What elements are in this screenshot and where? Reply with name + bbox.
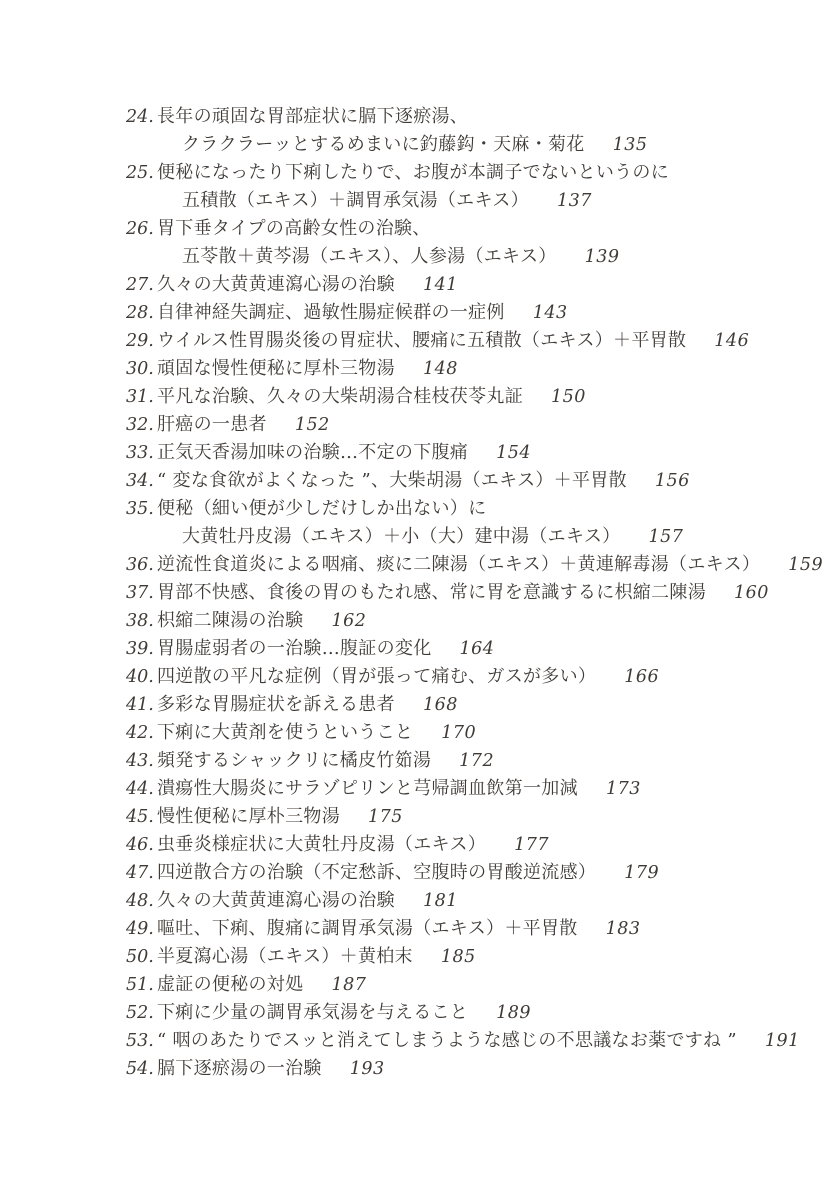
- entry-title: 頑固な慢性便秘に厚朴三物湯: [157, 355, 395, 383]
- entry-number: 43.: [126, 747, 156, 775]
- entry-number: 51.: [126, 971, 156, 999]
- toc-entry-line: 45. 慢性便秘に厚朴三物湯 175: [0, 803, 830, 831]
- entry-page-number: 172: [459, 747, 494, 775]
- toc-entry-line: クラクラーッとするめまいに釣藤鈎・天麻・菊花 135: [0, 131, 830, 159]
- toc-entry-line: 五積散（エキス）＋調胃承気湯（エキス） 137: [0, 187, 830, 215]
- toc-entry-line: 40. 四逆散の平凡な症例（胃が張って痛む、ガスが多い） 166: [0, 663, 830, 691]
- entry-number: 44.: [126, 775, 156, 803]
- toc-entry-line: 33. 正気天香湯加味の治験…不定の下腹痛 154: [0, 439, 830, 467]
- toc-entry-line: 五苓散＋黄芩湯（エキス）、人参湯（エキス） 139: [0, 243, 830, 271]
- toc-entry-line: 52. 下痢に少量の調胃承気湯を与えること 189: [0, 999, 830, 1027]
- entry-number: 31.: [126, 383, 156, 411]
- entry-title: “ 変な食欲がよくなった ”、大柴胡湯（エキス）＋平胃散: [157, 467, 627, 495]
- entry-page-number: 159: [788, 551, 823, 579]
- toc-entry-line: 25. 便秘になったり下痢したりで、お腹が本調子でないというのに: [0, 159, 830, 187]
- entry-title: 自律神経失調症、過敏性腸症候群の一症例: [157, 299, 505, 327]
- entry-number: 48.: [126, 887, 156, 915]
- entry-page-number: 139: [585, 243, 620, 271]
- entry-number: 42.: [126, 719, 156, 747]
- toc-entry-line: 38. 枳縮二陳湯の治験 162: [0, 607, 830, 635]
- entry-page-number: 177: [514, 831, 549, 859]
- toc-entry-line: 29. ウイルス性胃腸炎後の胃症状、腰痛に五積散（エキス）＋平胃散 146: [0, 327, 830, 355]
- entry-page-number: 168: [423, 691, 458, 719]
- entry-number: 32.: [126, 411, 156, 439]
- entry-page-number: 137: [557, 187, 592, 215]
- toc-page: 24. 長年の頑固な胃部症状に膈下逐瘀湯、 クラクラーッとするめまいに釣藤鈎・天…: [0, 0, 830, 1178]
- entry-number: 34.: [126, 467, 156, 495]
- entry-number: 30.: [126, 355, 156, 383]
- entry-number: 47.: [126, 859, 156, 887]
- entry-title: 五積散（エキス）＋調胃承気湯（エキス）: [182, 187, 529, 215]
- entry-page-number: 143: [533, 299, 568, 327]
- entry-title: 枳縮二陳湯の治験: [157, 607, 303, 635]
- entry-number: 29.: [126, 327, 156, 355]
- entry-title: 五苓散＋黄芩湯（エキス）、人参湯（エキス）: [182, 243, 557, 271]
- toc-entry-line: 51. 虚証の便秘の対処 187: [0, 971, 830, 999]
- entry-page-number: 160: [734, 579, 769, 607]
- entry-page-number: 193: [350, 1055, 385, 1083]
- entry-page-number: 148: [423, 355, 458, 383]
- entry-page-number: 175: [368, 803, 403, 831]
- entry-page-number: 191: [765, 1027, 800, 1055]
- entry-title: 胃部不快感、食後の胃のもたれ感、常に胃を意識するに枳縮二陳湯: [157, 579, 706, 607]
- toc-entry-line: 34. “ 変な食欲がよくなった ”、大柴胡湯（エキス）＋平胃散 156: [0, 467, 830, 495]
- toc-entry-line: 26. 胃下垂タイプの高齢女性の治験、: [0, 215, 830, 243]
- toc-entry-line: 44. 潰瘍性大腸炎にサラゾピリンと芎帰調血飲第一加減 173: [0, 775, 830, 803]
- entry-page-number: 162: [331, 607, 366, 635]
- entry-page-number: 189: [496, 999, 531, 1027]
- entry-number: 41.: [126, 691, 156, 719]
- entry-page-number: 179: [624, 859, 659, 887]
- entry-number: 53.: [126, 1027, 156, 1055]
- entry-number: 38.: [126, 607, 156, 635]
- entry-number: 37.: [126, 579, 156, 607]
- toc-entry-line: 50. 半夏瀉心湯（エキス）＋黄柏末 185: [0, 943, 830, 971]
- entry-page-number: 135: [613, 131, 648, 159]
- entry-title: 肝癌の一患者: [157, 411, 267, 439]
- entry-number: 35.: [126, 495, 156, 523]
- entry-number: 27.: [126, 271, 156, 299]
- entry-title: 逆流性食道炎による咽痛、痰に二陳湯（エキス）＋黄連解毒湯（エキス）: [157, 551, 760, 579]
- entry-page-number: 183: [606, 915, 641, 943]
- toc-entry-line: 30. 頑固な慢性便秘に厚朴三物湯 148: [0, 355, 830, 383]
- entry-title: 胃下垂タイプの高齢女性の治験、: [157, 215, 431, 243]
- entry-number: 52.: [126, 999, 156, 1027]
- entry-page-number: 152: [295, 411, 330, 439]
- entry-number: 25.: [126, 159, 156, 187]
- toc-entry-line: 46. 虫垂炎様症状に大黄牡丹皮湯（エキス） 177: [0, 831, 830, 859]
- entry-title: 多彩な胃腸症状を訴える患者: [157, 691, 395, 719]
- toc-entry-line: 24. 長年の頑固な胃部症状に膈下逐瘀湯、: [0, 103, 830, 131]
- entry-number: 49.: [126, 915, 156, 943]
- entry-page-number: 181: [423, 887, 458, 915]
- entry-title: 虫垂炎様症状に大黄牡丹皮湯（エキス）: [157, 831, 486, 859]
- entry-page-number: 141: [423, 271, 458, 299]
- entry-title: 平凡な治験、久々の大柴胡湯合桂枝茯苓丸証: [157, 383, 523, 411]
- toc-entry-line: 43. 頻発するシャックリに橘皮竹筎湯 172: [0, 747, 830, 775]
- entry-page-number: 187: [331, 971, 366, 999]
- entry-page-number: 154: [496, 439, 531, 467]
- entry-page-number: 157: [649, 523, 684, 551]
- entry-page-number: 166: [624, 663, 659, 691]
- entry-title: 胃腸虚弱者の一治験…腹証の変化: [157, 635, 432, 663]
- entry-title: 久々の大黄黄連瀉心湯の治験: [157, 887, 395, 915]
- entry-page-number: 146: [714, 327, 749, 355]
- entry-number: 50.: [126, 943, 156, 971]
- entry-number: 39.: [126, 635, 156, 663]
- entry-page-number: 164: [460, 635, 495, 663]
- entry-page-number: 173: [606, 775, 641, 803]
- entry-number: 26.: [126, 215, 156, 243]
- entry-title: 四逆散の平凡な症例（胃が張って痛む、ガスが多い）: [157, 663, 596, 691]
- entry-number: 28.: [126, 299, 156, 327]
- entry-title: 大黄牡丹皮湯（エキス）＋小（大）建中湯（エキス）: [182, 523, 620, 551]
- entry-title: 便秘（細い便が少しだけしか出ない）に: [157, 495, 486, 523]
- entry-title: 嘔吐、下痢、腹痛に調胃承気湯（エキス）＋平胃散: [157, 915, 578, 943]
- toc-entry-line: 54. 膈下逐瘀湯の一治験 193: [0, 1055, 830, 1083]
- entry-title: 正気天香湯加味の治験…不定の下腹痛: [157, 439, 468, 467]
- entry-title: 便秘になったり下痢したりで、お腹が本調子でないというのに: [157, 159, 669, 187]
- entry-title: ウイルス性胃腸炎後の胃症状、腰痛に五積散（エキス）＋平胃散: [157, 327, 686, 355]
- entry-number: 24.: [126, 103, 156, 131]
- entry-title: 久々の大黄黄連瀉心湯の治験: [157, 271, 395, 299]
- entry-page-number: 150: [551, 383, 586, 411]
- toc-entry-line: 39. 胃腸虚弱者の一治験…腹証の変化 164: [0, 635, 830, 663]
- entry-title: “ 咽のあたりでスッと消えてしまうような感じの不思議なお薬ですね ”: [157, 1027, 737, 1055]
- toc-entry-line: 31. 平凡な治験、久々の大柴胡湯合桂枝茯苓丸証 150: [0, 383, 830, 411]
- toc-entry-line: 41. 多彩な胃腸症状を訴える患者 168: [0, 691, 830, 719]
- toc-entry-line: 37. 胃部不快感、食後の胃のもたれ感、常に胃を意識するに枳縮二陳湯 160: [0, 579, 830, 607]
- toc-entry-line: 49. 嘔吐、下痢、腹痛に調胃承気湯（エキス）＋平胃散 183: [0, 915, 830, 943]
- entry-number: 45.: [126, 803, 156, 831]
- toc-entry-line: 36. 逆流性食道炎による咽痛、痰に二陳湯（エキス）＋黄連解毒湯（エキス） 15…: [0, 551, 830, 579]
- entry-title: 虚証の便秘の対処: [157, 971, 303, 999]
- entry-title: 下痢に少量の調胃承気湯を与えること: [157, 999, 468, 1027]
- entry-number: 33.: [126, 439, 156, 467]
- entry-number: 36.: [126, 551, 156, 579]
- toc-entry-line: 42. 下痢に大黄剤を使うということ 170: [0, 719, 830, 747]
- entry-number: 40.: [126, 663, 156, 691]
- toc-entry-line: 28. 自律神経失調症、過敏性腸症候群の一症例 143: [0, 299, 830, 327]
- toc-entry-line: 48. 久々の大黄黄連瀉心湯の治験 181: [0, 887, 830, 915]
- entry-title: 四逆散合方の治験（不定愁訴、空腹時の胃酸逆流感）: [157, 859, 596, 887]
- entry-number: 46.: [126, 831, 156, 859]
- entry-page-number: 185: [441, 943, 476, 971]
- entry-title: 半夏瀉心湯（エキス）＋黄柏末: [157, 943, 413, 971]
- entry-title: 下痢に大黄剤を使うということ: [157, 719, 413, 747]
- entry-title: 潰瘍性大腸炎にサラゾピリンと芎帰調血飲第一加減: [157, 775, 578, 803]
- entry-title: クラクラーッとするめまいに釣藤鈎・天麻・菊花: [182, 131, 585, 159]
- toc-entry-line: 大黄牡丹皮湯（エキス）＋小（大）建中湯（エキス） 157: [0, 523, 830, 551]
- toc-entry-line: 35. 便秘（細い便が少しだけしか出ない）に: [0, 495, 830, 523]
- toc-entry-line: 53. “ 咽のあたりでスッと消えてしまうような感じの不思議なお薬ですね ” 1…: [0, 1027, 830, 1055]
- entry-title: 膈下逐瘀湯の一治験: [157, 1055, 322, 1083]
- toc-entry-line: 47. 四逆散合方の治験（不定愁訴、空腹時の胃酸逆流感） 179: [0, 859, 830, 887]
- entry-number: 54.: [126, 1055, 156, 1083]
- entry-title: 長年の頑固な胃部症状に膈下逐瘀湯、: [157, 103, 468, 131]
- entry-page-number: 170: [441, 719, 476, 747]
- entry-title: 頻発するシャックリに橘皮竹筎湯: [157, 747, 431, 775]
- toc-entry-line: 32. 肝癌の一患者 152: [0, 411, 830, 439]
- entry-title: 慢性便秘に厚朴三物湯: [157, 803, 340, 831]
- entry-page-number: 156: [655, 467, 690, 495]
- toc-list: 24. 長年の頑固な胃部症状に膈下逐瘀湯、 クラクラーッとするめまいに釣藤鈎・天…: [0, 103, 830, 1083]
- toc-entry-line: 27. 久々の大黄黄連瀉心湯の治験 141: [0, 271, 830, 299]
